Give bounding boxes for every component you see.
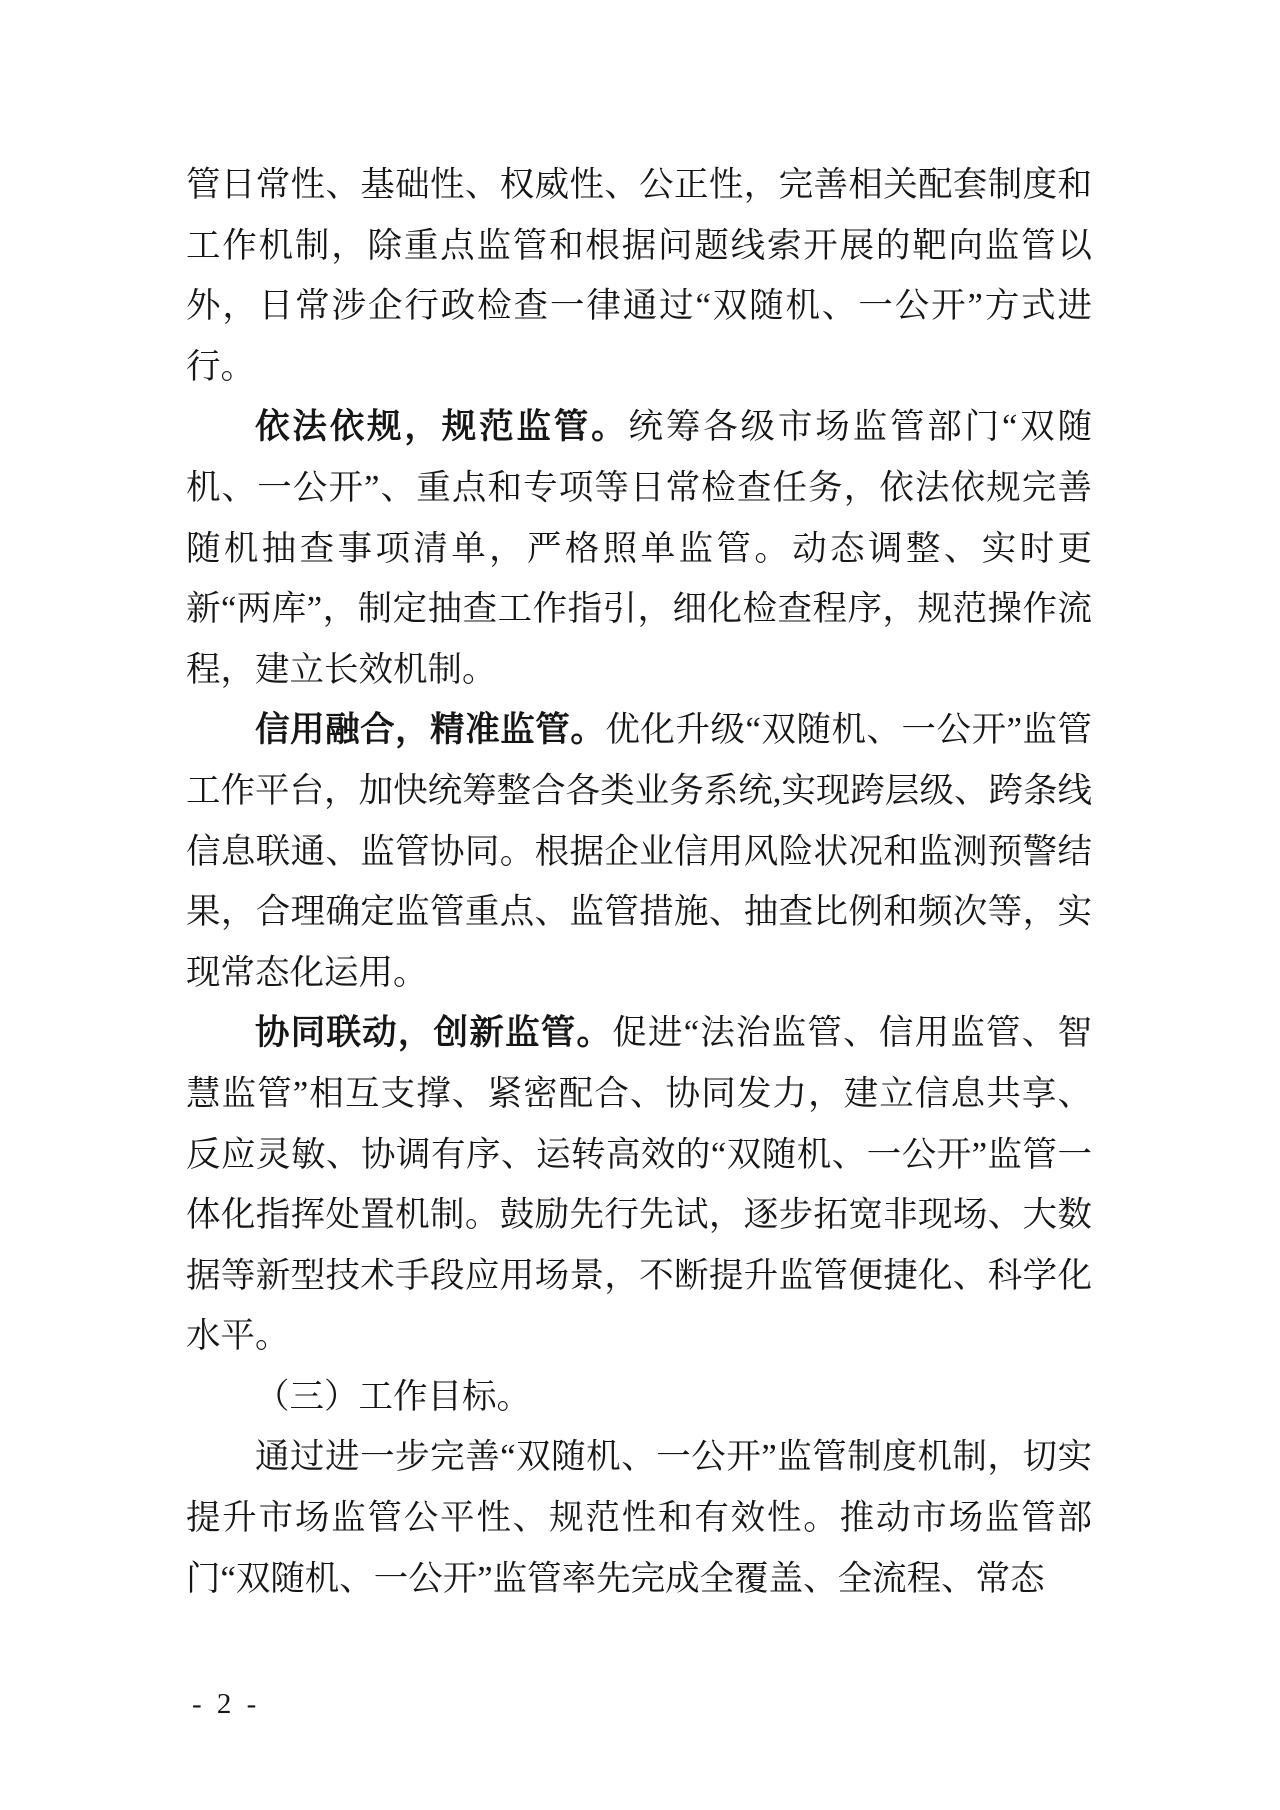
paragraph-text: 统筹各级市场监管部门“双随机、一公开”、重点和专项等日常检查任务，依法依规完善随…: [186, 408, 1092, 688]
paragraph-lead-bold: 依法依规，规范监管。: [255, 408, 629, 446]
paragraph: 协同联动，创新监管。促进“法治监管、信用监管、智慧监管”相互支撑、紧密配合、协同…: [186, 1003, 1092, 1367]
paragraph-text: （三）工作目标。: [255, 1378, 531, 1416]
document-body: 管日常性、基础性、权威性、公正性，完善相关配套制度和工作机制，除重点监管和根据问…: [186, 155, 1092, 1609]
paragraph: 依法依规，规范监管。统筹各级市场监管部门“双随机、一公开”、重点和专项等日常检查…: [186, 397, 1092, 700]
document-page: 管日常性、基础性、权威性、公正性，完善相关配套制度和工作机制，除重点监管和根据问…: [0, 0, 1280, 1810]
paragraph: 信用融合，精准监管。优化升级“双随机、一公开”监管工作平台，加快统筹整合各类业务…: [186, 700, 1092, 1003]
page-number: - 2 -: [192, 1688, 260, 1720]
paragraph-text: 促进“法治监管、信用监管、智慧监管”相互支撑、紧密配合、协同发力，建立信息共享、…: [186, 1014, 1092, 1355]
paragraph-text: 管日常性、基础性、权威性、公正性，完善相关配套制度和工作机制，除重点监管和根据问…: [186, 166, 1092, 386]
page-footer: - 2 -: [192, 1688, 260, 1721]
paragraph: 管日常性、基础性、权威性、公正性，完善相关配套制度和工作机制，除重点监管和根据问…: [186, 155, 1092, 397]
paragraph-text: 优化升级“双随机、一公开”监管工作平台，加快统筹整合各类业务系统,实现跨层级、跨…: [186, 711, 1092, 991]
paragraph-lead-bold: 协同联动，创新监管。: [255, 1014, 612, 1052]
paragraph-lead-bold: 信用融合，精准监管。: [255, 711, 605, 749]
paragraph: 通过进一步完善“双随机、一公开”监管制度机制，切实提升市场监管公平性、规范性和有…: [186, 1427, 1092, 1609]
paragraph-text: 通过进一步完善“双随机、一公开”监管制度机制，切实提升市场监管公平性、规范性和有…: [186, 1438, 1092, 1597]
section-heading: （三）工作目标。: [186, 1367, 1092, 1428]
